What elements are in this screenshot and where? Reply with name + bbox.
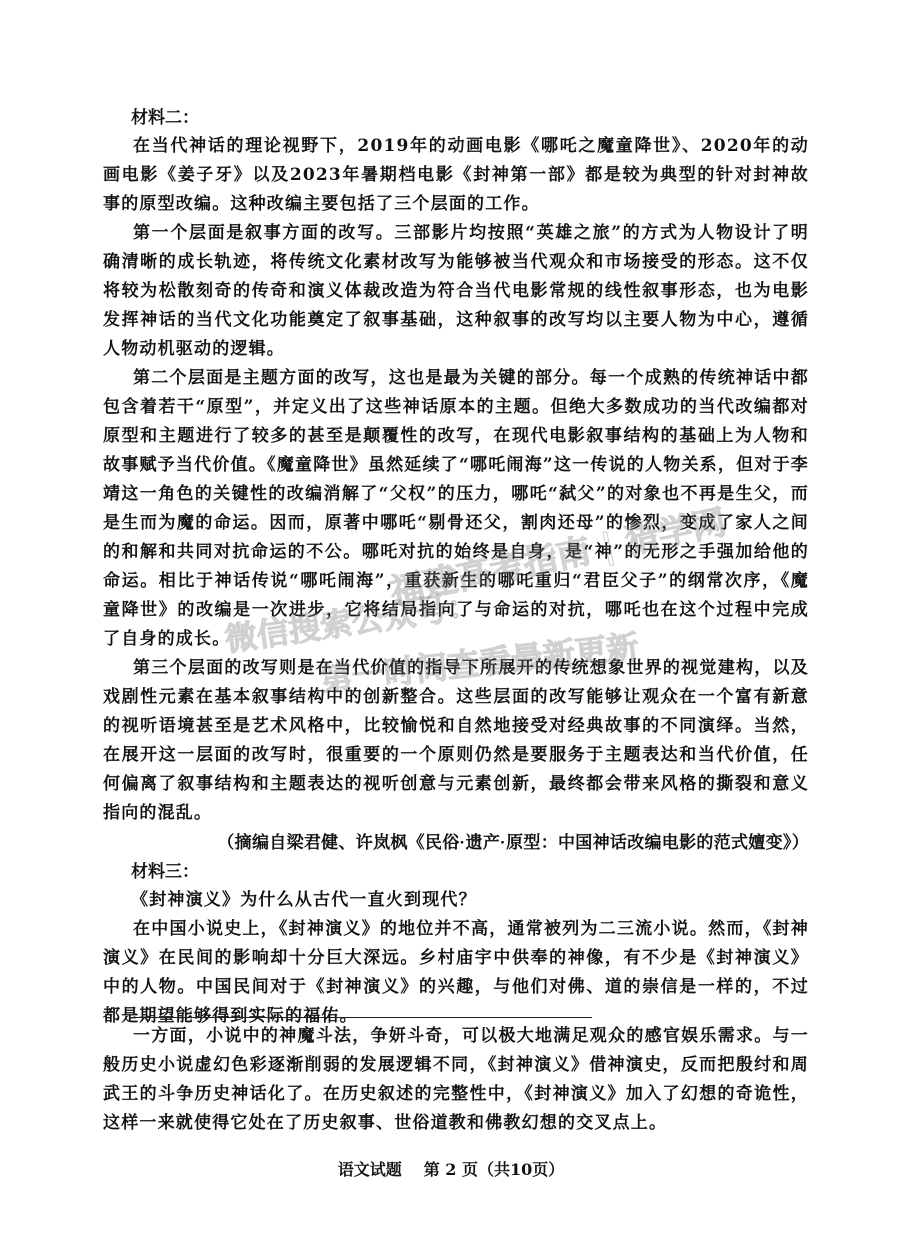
material-two-paragraph-2: 第一个层面是叙事方面的改写。三部影片均按照“英雄之旅”的方式为人物设计了明确清晰…	[103, 219, 809, 364]
material-three-paragraph-1: 在中国小说史上，《封神演义》的地位并不高，通常被列为二三流小说。然而，《封神演义…	[103, 915, 809, 1031]
page-footer: 语文试题第 2 页（共10页）	[0, 1157, 902, 1180]
material-two-source-citation: （摘编自梁君健、许岚枫《民俗·遗产·原型：中国神话改编电影的范式嬗变》）	[103, 828, 809, 857]
blank-fill-line	[131, 1017, 592, 1018]
material-two-paragraph-3: 第二个层面是主题方面的改写，这也是最为关键的部分。每一个成熟的传统神话中都包含着…	[103, 364, 809, 654]
continuation-content: 一方面，小说中的神魔斗法，争妍斗奇，可以极大地满足观众的感官娱乐需求。与一般历史…	[103, 1022, 809, 1138]
material-three-heading: 材料三：	[103, 857, 809, 886]
footer-total-pages: （共10页）	[478, 1160, 564, 1179]
material-two-heading: 材料二：	[103, 103, 809, 132]
exam-page: 材料二： 在当代神话的理论视野下，2019年的动画电影《哪吒之魔童降世》、202…	[0, 0, 902, 1257]
main-content: 材料二： 在当代神话的理论视野下，2019年的动画电影《哪吒之魔童降世》、202…	[103, 103, 809, 1031]
footer-subject: 语文试题	[338, 1160, 402, 1179]
material-three-subtitle: 《封神演义》为什么从古代一直火到现代？	[103, 886, 809, 915]
material-two-paragraph-1: 在当代神话的理论视野下，2019年的动画电影《哪吒之魔童降世》、2020年的动画…	[103, 132, 809, 219]
footer-page-number: 第 2 页	[424, 1160, 478, 1179]
material-two-paragraph-4: 第三个层面的改写则是在当代价值的指导下所展开的传统想象世界的视觉建构，以及戏剧性…	[103, 654, 809, 828]
material-three-paragraph-2: 一方面，小说中的神魔斗法，争妍斗奇，可以极大地满足观众的感官娱乐需求。与一般历史…	[103, 1022, 809, 1138]
